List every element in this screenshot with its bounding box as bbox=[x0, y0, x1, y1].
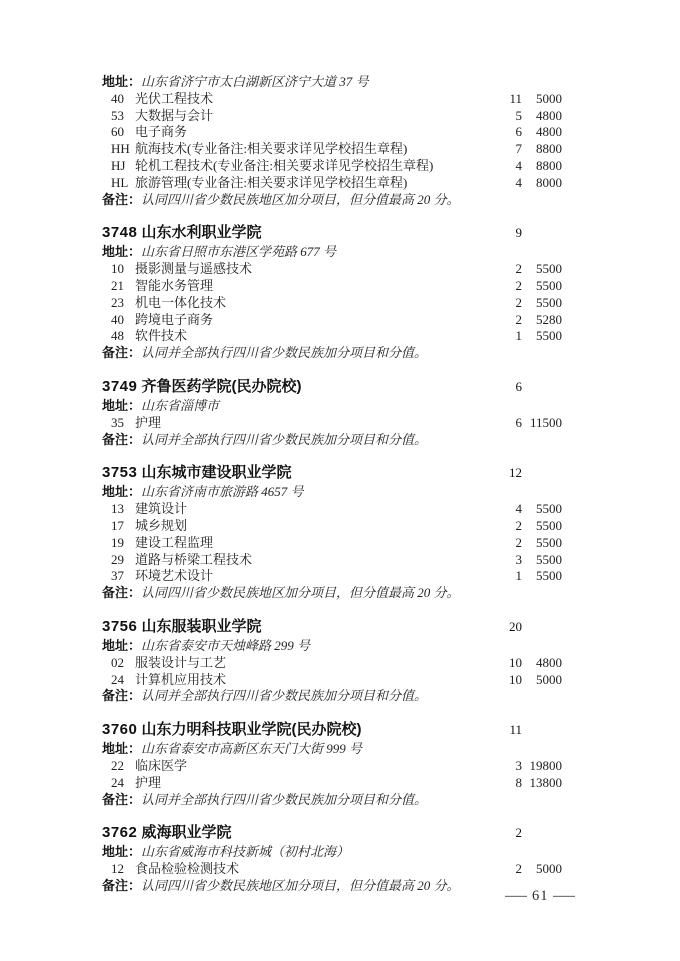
remark-label: 备注： bbox=[102, 792, 141, 809]
major-row: 35 护理 6 11500 bbox=[102, 415, 562, 432]
major-plan-count: 5 bbox=[476, 108, 522, 125]
major-fee: 8000 bbox=[522, 175, 562, 192]
major-row: HH 航海技术(专业备注:相关要求详见学校招生章程) 7 8800 bbox=[102, 141, 562, 158]
school-plan-count: 20 bbox=[476, 616, 522, 637]
major-code: 02 bbox=[111, 655, 135, 672]
major-code: 10 bbox=[111, 261, 135, 278]
major-plan-count: 2 bbox=[476, 518, 522, 535]
address-row: 地址： 山东省泰安市天烛峰路 299 号 bbox=[102, 638, 562, 655]
major-row: HL 旅游管理(专业备注:相关要求详见学校招生章程) 4 8000 bbox=[102, 175, 562, 192]
address-text: 山东省泰安市天烛峰路 299 号 bbox=[141, 638, 310, 655]
school-title: 3753 山东城市建设职业学院 bbox=[102, 462, 476, 483]
majors-list: 40 光伏工程技术 11 5000 53 大数据与会计 5 4800 60 电子… bbox=[102, 91, 562, 192]
remark-text: 认同四川省少数民族地区加分项目，但分值最高 20 分。 bbox=[141, 585, 460, 602]
address-row: 地址： 山东省日照市东港区学苑路 677 号 bbox=[102, 244, 562, 261]
major-plan-count: 2 bbox=[476, 261, 522, 278]
major-plan-count: 7 bbox=[476, 141, 522, 158]
major-fee: 4800 bbox=[522, 655, 562, 672]
address-text: 山东省济南市旅游路 4657 号 bbox=[141, 484, 304, 501]
major-fee: 5500 bbox=[522, 328, 562, 345]
major-name: 电子商务 bbox=[135, 124, 476, 141]
major-name: 临床医学 bbox=[135, 758, 476, 775]
school-header: 3748 山东水利职业学院 9 bbox=[102, 222, 562, 243]
major-code: 40 bbox=[111, 312, 135, 329]
school-header: 3753 山东城市建设职业学院 12 bbox=[102, 462, 562, 483]
major-plan-count: 11 bbox=[476, 91, 522, 108]
major-code: 13 bbox=[111, 501, 135, 518]
school-section: 3762 威海职业学院 2 地址： 山东省威海市科技新城（初村北海） 12 食品… bbox=[102, 822, 562, 894]
major-plan-count: 4 bbox=[476, 501, 522, 518]
school-plan-count: 2 bbox=[476, 822, 522, 843]
major-plan-count: 4 bbox=[476, 175, 522, 192]
major-name: 道路与桥梁工程技术 bbox=[135, 552, 476, 569]
school-plan-count: 9 bbox=[476, 222, 522, 243]
major-code: 23 bbox=[111, 295, 135, 312]
major-fee: 5500 bbox=[522, 552, 562, 569]
major-name: 航海技术(专业备注:相关要求详见学校招生章程) bbox=[135, 141, 476, 158]
major-fee: 8800 bbox=[522, 158, 562, 175]
page-footer: —61— bbox=[501, 888, 581, 905]
school-code: 3756 bbox=[102, 618, 137, 635]
school-title: 3749 齐鲁医药学院(民办院校) bbox=[102, 376, 476, 397]
major-fee: 5500 bbox=[522, 295, 562, 312]
major-plan-count: 4 bbox=[476, 158, 522, 175]
major-code: 24 bbox=[111, 672, 135, 689]
major-plan-count: 3 bbox=[476, 758, 522, 775]
major-row: 29 道路与桥梁工程技术 3 5500 bbox=[102, 552, 562, 569]
major-fee: 5000 bbox=[522, 91, 562, 108]
major-code: HL bbox=[111, 175, 135, 192]
major-code: 40 bbox=[111, 91, 135, 108]
school-plan-count: 12 bbox=[476, 462, 522, 483]
remark-text: 认同并全部执行四川省少数民族加分项目和分值。 bbox=[141, 432, 427, 449]
major-plan-count: 8 bbox=[476, 775, 522, 792]
address-text: 山东省日照市东港区学苑路 677 号 bbox=[141, 244, 336, 261]
remark-row: 备注： 认同并全部执行四川省少数民族加分项目和分值。 bbox=[102, 688, 562, 705]
major-code: 37 bbox=[111, 568, 135, 585]
major-fee: 5500 bbox=[522, 261, 562, 278]
major-code: 17 bbox=[111, 518, 135, 535]
major-code: 19 bbox=[111, 535, 135, 552]
remark-text: 认同四川省少数民族地区加分项目，但分值最高 20 分。 bbox=[141, 192, 460, 209]
major-code: 12 bbox=[111, 861, 135, 878]
major-name: 软件技术 bbox=[135, 328, 476, 345]
remark-label: 备注： bbox=[102, 585, 141, 602]
school-plan-count: 6 bbox=[476, 376, 522, 397]
school-name: 齐鲁医药学院(民办院校) bbox=[142, 378, 302, 395]
address-row: 地址： 山东省威海市科技新城（初村北海） bbox=[102, 844, 562, 861]
school-list: 地址： 山东省济宁市太白湖新区济宁大道 37 号 40 光伏工程技术 11 50… bbox=[102, 74, 562, 895]
major-plan-count: 3 bbox=[476, 552, 522, 569]
remark-row: 备注： 认同四川省少数民族地区加分项目，但分值最高 20 分。 bbox=[102, 192, 562, 209]
address-label: 地址： bbox=[102, 741, 141, 758]
majors-list: 13 建筑设计 4 5500 17 城乡规划 2 5500 19 建设工程监理 … bbox=[102, 501, 562, 585]
school-section: 3748 山东水利职业学院 9 地址： 山东省日照市东港区学苑路 677 号 1… bbox=[102, 222, 562, 362]
major-fee: 19800 bbox=[522, 758, 562, 775]
school-title: 3748 山东水利职业学院 bbox=[102, 222, 476, 243]
school-name: 山东城市建设职业学院 bbox=[142, 464, 292, 481]
remark-row: 备注： 认同四川省少数民族地区加分项目，但分值最高 20 分。 bbox=[102, 585, 562, 602]
address-label: 地址： bbox=[102, 244, 141, 261]
major-plan-count: 2 bbox=[476, 295, 522, 312]
school-section: 3756 山东服装职业学院 20 地址： 山东省泰安市天烛峰路 299 号 02… bbox=[102, 616, 562, 705]
major-row: 02 服装设计与工艺 10 4800 bbox=[102, 655, 562, 672]
school-header: 3749 齐鲁医药学院(民办院校) 6 bbox=[102, 376, 562, 397]
major-name: 城乡规划 bbox=[135, 518, 476, 535]
remark-label: 备注： bbox=[102, 192, 141, 209]
address-text: 山东省淄博市 bbox=[141, 398, 219, 415]
school-section: 3749 齐鲁医药学院(民办院校) 6 地址： 山东省淄博市 35 护理 6 1… bbox=[102, 376, 562, 448]
remark-label: 备注： bbox=[102, 345, 141, 362]
major-row: 22 临床医学 3 19800 bbox=[102, 758, 562, 775]
school-section: 3760 山东力明科技职业学院(民办院校) 11 地址： 山东省泰安市高新区东天… bbox=[102, 719, 562, 808]
address-label: 地址： bbox=[102, 484, 141, 501]
remark-row: 备注： 认同并全部执行四川省少数民族加分项目和分值。 bbox=[102, 432, 562, 449]
major-row: 40 跨境电子商务 2 5280 bbox=[102, 312, 562, 329]
major-code: 35 bbox=[111, 415, 135, 432]
major-row: 53 大数据与会计 5 4800 bbox=[102, 108, 562, 125]
major-plan-count: 2 bbox=[476, 535, 522, 552]
school-code: 3753 bbox=[102, 464, 137, 481]
address-row: 地址： 山东省济宁市太白湖新区济宁大道 37 号 bbox=[102, 74, 562, 91]
major-row: 40 光伏工程技术 11 5000 bbox=[102, 91, 562, 108]
major-fee: 5500 bbox=[522, 278, 562, 295]
major-code: 48 bbox=[111, 328, 135, 345]
major-name: 光伏工程技术 bbox=[135, 91, 476, 108]
major-name: 环境艺术设计 bbox=[135, 568, 476, 585]
remark-label: 备注： bbox=[102, 878, 141, 895]
major-fee: 5280 bbox=[522, 312, 562, 329]
major-row: 10 摄影测量与遥感技术 2 5500 bbox=[102, 261, 562, 278]
major-fee: 4800 bbox=[522, 124, 562, 141]
major-fee: 4800 bbox=[522, 108, 562, 125]
school-title: 3762 威海职业学院 bbox=[102, 822, 476, 843]
document-page: 地址： 山东省济宁市太白湖新区济宁大道 37 号 40 光伏工程技术 11 50… bbox=[0, 0, 680, 961]
major-fee: 5500 bbox=[522, 535, 562, 552]
major-code: 53 bbox=[111, 108, 135, 125]
major-name: 轮机工程技术(专业备注:相关要求详见学校招生章程) bbox=[135, 158, 476, 175]
school-name: 山东水利职业学院 bbox=[142, 224, 262, 241]
major-code: 21 bbox=[111, 278, 135, 295]
major-code: 29 bbox=[111, 552, 135, 569]
majors-list: 22 临床医学 3 19800 24 护理 8 13800 bbox=[102, 758, 562, 792]
major-name: 机电一体化技术 bbox=[135, 295, 476, 312]
address-label: 地址： bbox=[102, 844, 141, 861]
major-row: 19 建设工程监理 2 5500 bbox=[102, 535, 562, 552]
remark-row: 备注： 认同并全部执行四川省少数民族加分项目和分值。 bbox=[102, 345, 562, 362]
major-code: HH bbox=[111, 141, 135, 158]
major-name: 护理 bbox=[135, 775, 476, 792]
major-row: 24 护理 8 13800 bbox=[102, 775, 562, 792]
major-name: 跨境电子商务 bbox=[135, 312, 476, 329]
school-title: 3760 山东力明科技职业学院(民办院校) bbox=[102, 719, 476, 740]
major-plan-count: 2 bbox=[476, 312, 522, 329]
majors-list: 12 食品检验检测技术 2 5000 bbox=[102, 861, 562, 878]
school-header: 3756 山东服装职业学院 20 bbox=[102, 616, 562, 637]
address-row: 地址： 山东省淄博市 bbox=[102, 398, 562, 415]
address-text: 山东省泰安市高新区东天门大街 999 号 bbox=[141, 741, 362, 758]
major-plan-count: 10 bbox=[476, 672, 522, 689]
school-code: 3762 bbox=[102, 824, 137, 841]
address-label: 地址： bbox=[102, 74, 141, 91]
remark-row: 备注： 认同并全部执行四川省少数民族加分项目和分值。 bbox=[102, 792, 562, 809]
major-name: 服装设计与工艺 bbox=[135, 655, 476, 672]
major-plan-count: 6 bbox=[476, 124, 522, 141]
major-plan-count: 10 bbox=[476, 655, 522, 672]
major-name: 智能水务管理 bbox=[135, 278, 476, 295]
major-fee: 5000 bbox=[522, 861, 562, 878]
page-number: 61 bbox=[532, 888, 549, 904]
major-plan-count: 1 bbox=[476, 568, 522, 585]
major-row: 13 建筑设计 4 5500 bbox=[102, 501, 562, 518]
address-row: 地址： 山东省泰安市高新区东天门大街 999 号 bbox=[102, 741, 562, 758]
major-fee: 5500 bbox=[522, 518, 562, 535]
remark-text: 认同并全部执行四川省少数民族加分项目和分值。 bbox=[141, 792, 427, 809]
school-name: 山东服装职业学院 bbox=[142, 618, 262, 635]
remark-label: 备注： bbox=[102, 432, 141, 449]
major-row: 17 城乡规划 2 5500 bbox=[102, 518, 562, 535]
school-code: 3760 bbox=[102, 721, 137, 738]
school-section: 3753 山东城市建设职业学院 12 地址： 山东省济南市旅游路 4657 号 … bbox=[102, 462, 562, 602]
major-plan-count: 1 bbox=[476, 328, 522, 345]
remark-text: 认同四川省少数民族地区加分项目，但分值最高 20 分。 bbox=[141, 878, 460, 895]
footer-dash-right: — bbox=[553, 888, 576, 905]
major-code: HJ bbox=[111, 158, 135, 175]
address-text: 山东省威海市科技新城（初村北海） bbox=[141, 844, 349, 861]
school-code: 3749 bbox=[102, 378, 137, 395]
school-name: 山东力明科技职业学院(民办院校) bbox=[142, 721, 362, 738]
major-plan-count: 2 bbox=[476, 861, 522, 878]
major-fee: 5500 bbox=[522, 501, 562, 518]
major-row: 21 智能水务管理 2 5500 bbox=[102, 278, 562, 295]
major-name: 大数据与会计 bbox=[135, 108, 476, 125]
major-plan-count: 6 bbox=[476, 415, 522, 432]
major-name: 护理 bbox=[135, 415, 476, 432]
address-row: 地址： 山东省济南市旅游路 4657 号 bbox=[102, 484, 562, 501]
school-title: 3756 山东服装职业学院 bbox=[102, 616, 476, 637]
major-name: 建设工程监理 bbox=[135, 535, 476, 552]
remark-text: 认同并全部执行四川省少数民族加分项目和分值。 bbox=[141, 688, 427, 705]
school-header: 3762 威海职业学院 2 bbox=[102, 822, 562, 843]
major-row: 12 食品检验检测技术 2 5000 bbox=[102, 861, 562, 878]
major-code: 24 bbox=[111, 775, 135, 792]
major-name: 旅游管理(专业备注:相关要求详见学校招生章程) bbox=[135, 175, 476, 192]
major-plan-count: 2 bbox=[476, 278, 522, 295]
major-name: 食品检验检测技术 bbox=[135, 861, 476, 878]
school-section: 地址： 山东省济宁市太白湖新区济宁大道 37 号 40 光伏工程技术 11 50… bbox=[102, 74, 562, 208]
majors-list: 10 摄影测量与遥感技术 2 5500 21 智能水务管理 2 5500 23 … bbox=[102, 261, 562, 345]
footer-dash-left: — bbox=[505, 888, 528, 905]
major-row: 37 环境艺术设计 1 5500 bbox=[102, 568, 562, 585]
major-name: 计算机应用技术 bbox=[135, 672, 476, 689]
major-code: 22 bbox=[111, 758, 135, 775]
school-code: 3748 bbox=[102, 224, 137, 241]
major-fee: 5000 bbox=[522, 672, 562, 689]
major-fee: 5500 bbox=[522, 568, 562, 585]
major-name: 摄影测量与遥感技术 bbox=[135, 261, 476, 278]
address-label: 地址： bbox=[102, 398, 141, 415]
major-fee: 13800 bbox=[522, 775, 562, 792]
major-row: 23 机电一体化技术 2 5500 bbox=[102, 295, 562, 312]
address-text: 山东省济宁市太白湖新区济宁大道 37 号 bbox=[141, 74, 369, 91]
major-fee: 8800 bbox=[522, 141, 562, 158]
major-code: 60 bbox=[111, 124, 135, 141]
major-row: 24 计算机应用技术 10 5000 bbox=[102, 672, 562, 689]
major-row: 60 电子商务 6 4800 bbox=[102, 124, 562, 141]
major-name: 建筑设计 bbox=[135, 501, 476, 518]
school-plan-count: 11 bbox=[476, 719, 522, 740]
majors-list: 02 服装设计与工艺 10 4800 24 计算机应用技术 10 5000 bbox=[102, 655, 562, 689]
remark-label: 备注： bbox=[102, 688, 141, 705]
major-fee: 11500 bbox=[522, 415, 562, 432]
address-label: 地址： bbox=[102, 638, 141, 655]
remark-row: 备注： 认同四川省少数民族地区加分项目，但分值最高 20 分。 bbox=[102, 878, 562, 895]
majors-list: 35 护理 6 11500 bbox=[102, 415, 562, 432]
school-name: 威海职业学院 bbox=[142, 824, 232, 841]
school-header: 3760 山东力明科技职业学院(民办院校) 11 bbox=[102, 719, 562, 740]
major-row: 48 软件技术 1 5500 bbox=[102, 328, 562, 345]
major-row: HJ 轮机工程技术(专业备注:相关要求详见学校招生章程) 4 8800 bbox=[102, 158, 562, 175]
remark-text: 认同并全部执行四川省少数民族加分项目和分值。 bbox=[141, 345, 427, 362]
